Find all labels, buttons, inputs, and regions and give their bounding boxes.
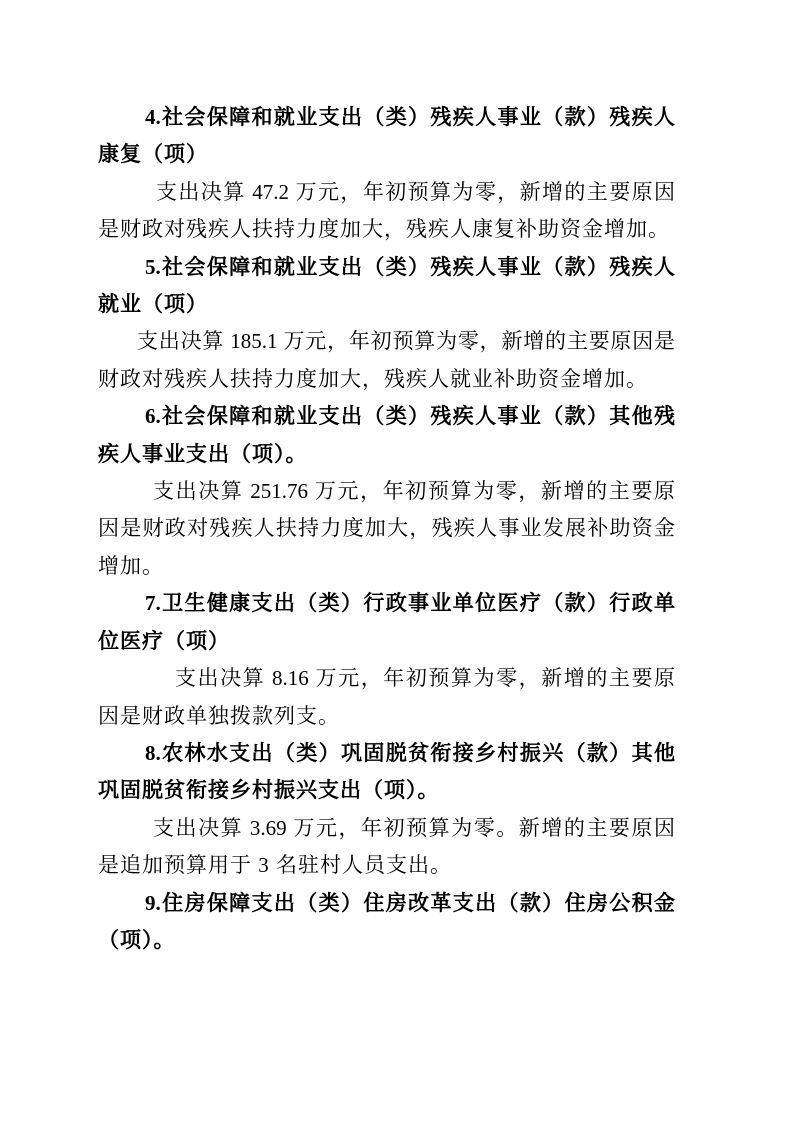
body-line: 支出决算 47.2 万元，年初预算为零，新增的主要原因 — [98, 174, 675, 211]
body-line: 支出决算 251.76 万元，年初预算为零，新增的主要原 — [98, 473, 675, 510]
heading-line: 8.农林水支出（类）巩固脱贫衔接乡村振兴（款）其他 — [98, 735, 675, 772]
body-line: 增加。 — [98, 548, 675, 585]
heading-line: 7.卫生健康支出（类）行政事业单位医疗（款）行政单 — [98, 585, 675, 622]
body-line: 是追加预算用于 3 名驻村人员支出。 — [98, 847, 675, 884]
body-line: 支出决算 8.16 万元，年初预算为零，新增的主要原 — [98, 660, 675, 697]
body-line: 支出决算 3.69 万元，年初预算为零。新增的主要原因 — [98, 810, 675, 847]
body-line: 是财政对残疾人扶持力度加大，残疾人康复补助资金增加。 — [98, 211, 675, 248]
heading-line: 巩固脱贫衔接乡村振兴支出（项）。 — [98, 772, 675, 809]
section-item-4: 4.社会保障和就业支出（类）残疾人事业（款）残疾人康复（项）支出决算 47.2 … — [98, 99, 675, 249]
section-item-5: 5.社会保障和就业支出（类）残疾人事业（款）残疾人就业（项）支出决算 185.1… — [98, 249, 675, 399]
body-line: 财政对残疾人扶持力度加大，残疾人就业补助资金增加。 — [98, 361, 675, 398]
heading-line: 位医疗（项） — [98, 623, 675, 660]
section-item-9: 9.住房保障支出（类）住房改革支出（款）住房公积金（项）。 — [98, 885, 675, 960]
section-item-8: 8.农林水支出（类）巩固脱贫衔接乡村振兴（款）其他巩固脱贫衔接乡村振兴支出（项）… — [98, 735, 675, 885]
heading-line: （项）。 — [98, 922, 675, 959]
heading-line: 5.社会保障和就业支出（类）残疾人事业（款）残疾人 — [98, 249, 675, 286]
body-line: 因是财政单独拨款列支。 — [98, 698, 675, 735]
section-item-6: 6.社会保障和就业支出（类）残疾人事业（款）其他残疾人事业支出（项）。支出决算 … — [98, 398, 675, 585]
body-line: 支出决算 185.1 万元，年初预算为零，新增的主要原因是 — [98, 323, 675, 360]
heading-line: 4.社会保障和就业支出（类）残疾人事业（款）残疾人 — [98, 99, 675, 136]
heading-line: 9.住房保障支出（类）住房改革支出（款）住房公积金 — [98, 885, 675, 922]
body-line: 因是财政对残疾人扶持力度加大，残疾人事业发展补助资金 — [98, 510, 675, 547]
heading-line: 6.社会保障和就业支出（类）残疾人事业（款）其他残 — [98, 398, 675, 435]
document-page: 4.社会保障和就业支出（类）残疾人事业（款）残疾人康复（项）支出决算 47.2 … — [0, 0, 793, 1122]
text-block: 4.社会保障和就业支出（类）残疾人事业（款）残疾人康复（项）支出决算 47.2 … — [98, 99, 675, 959]
heading-line: 疾人事业支出（项）。 — [98, 436, 675, 473]
heading-line: 就业（项） — [98, 286, 675, 323]
section-item-7: 7.卫生健康支出（类）行政事业单位医疗（款）行政单位医疗（项）支出决算 8.16… — [98, 585, 675, 735]
heading-line: 康复（项） — [98, 136, 675, 173]
